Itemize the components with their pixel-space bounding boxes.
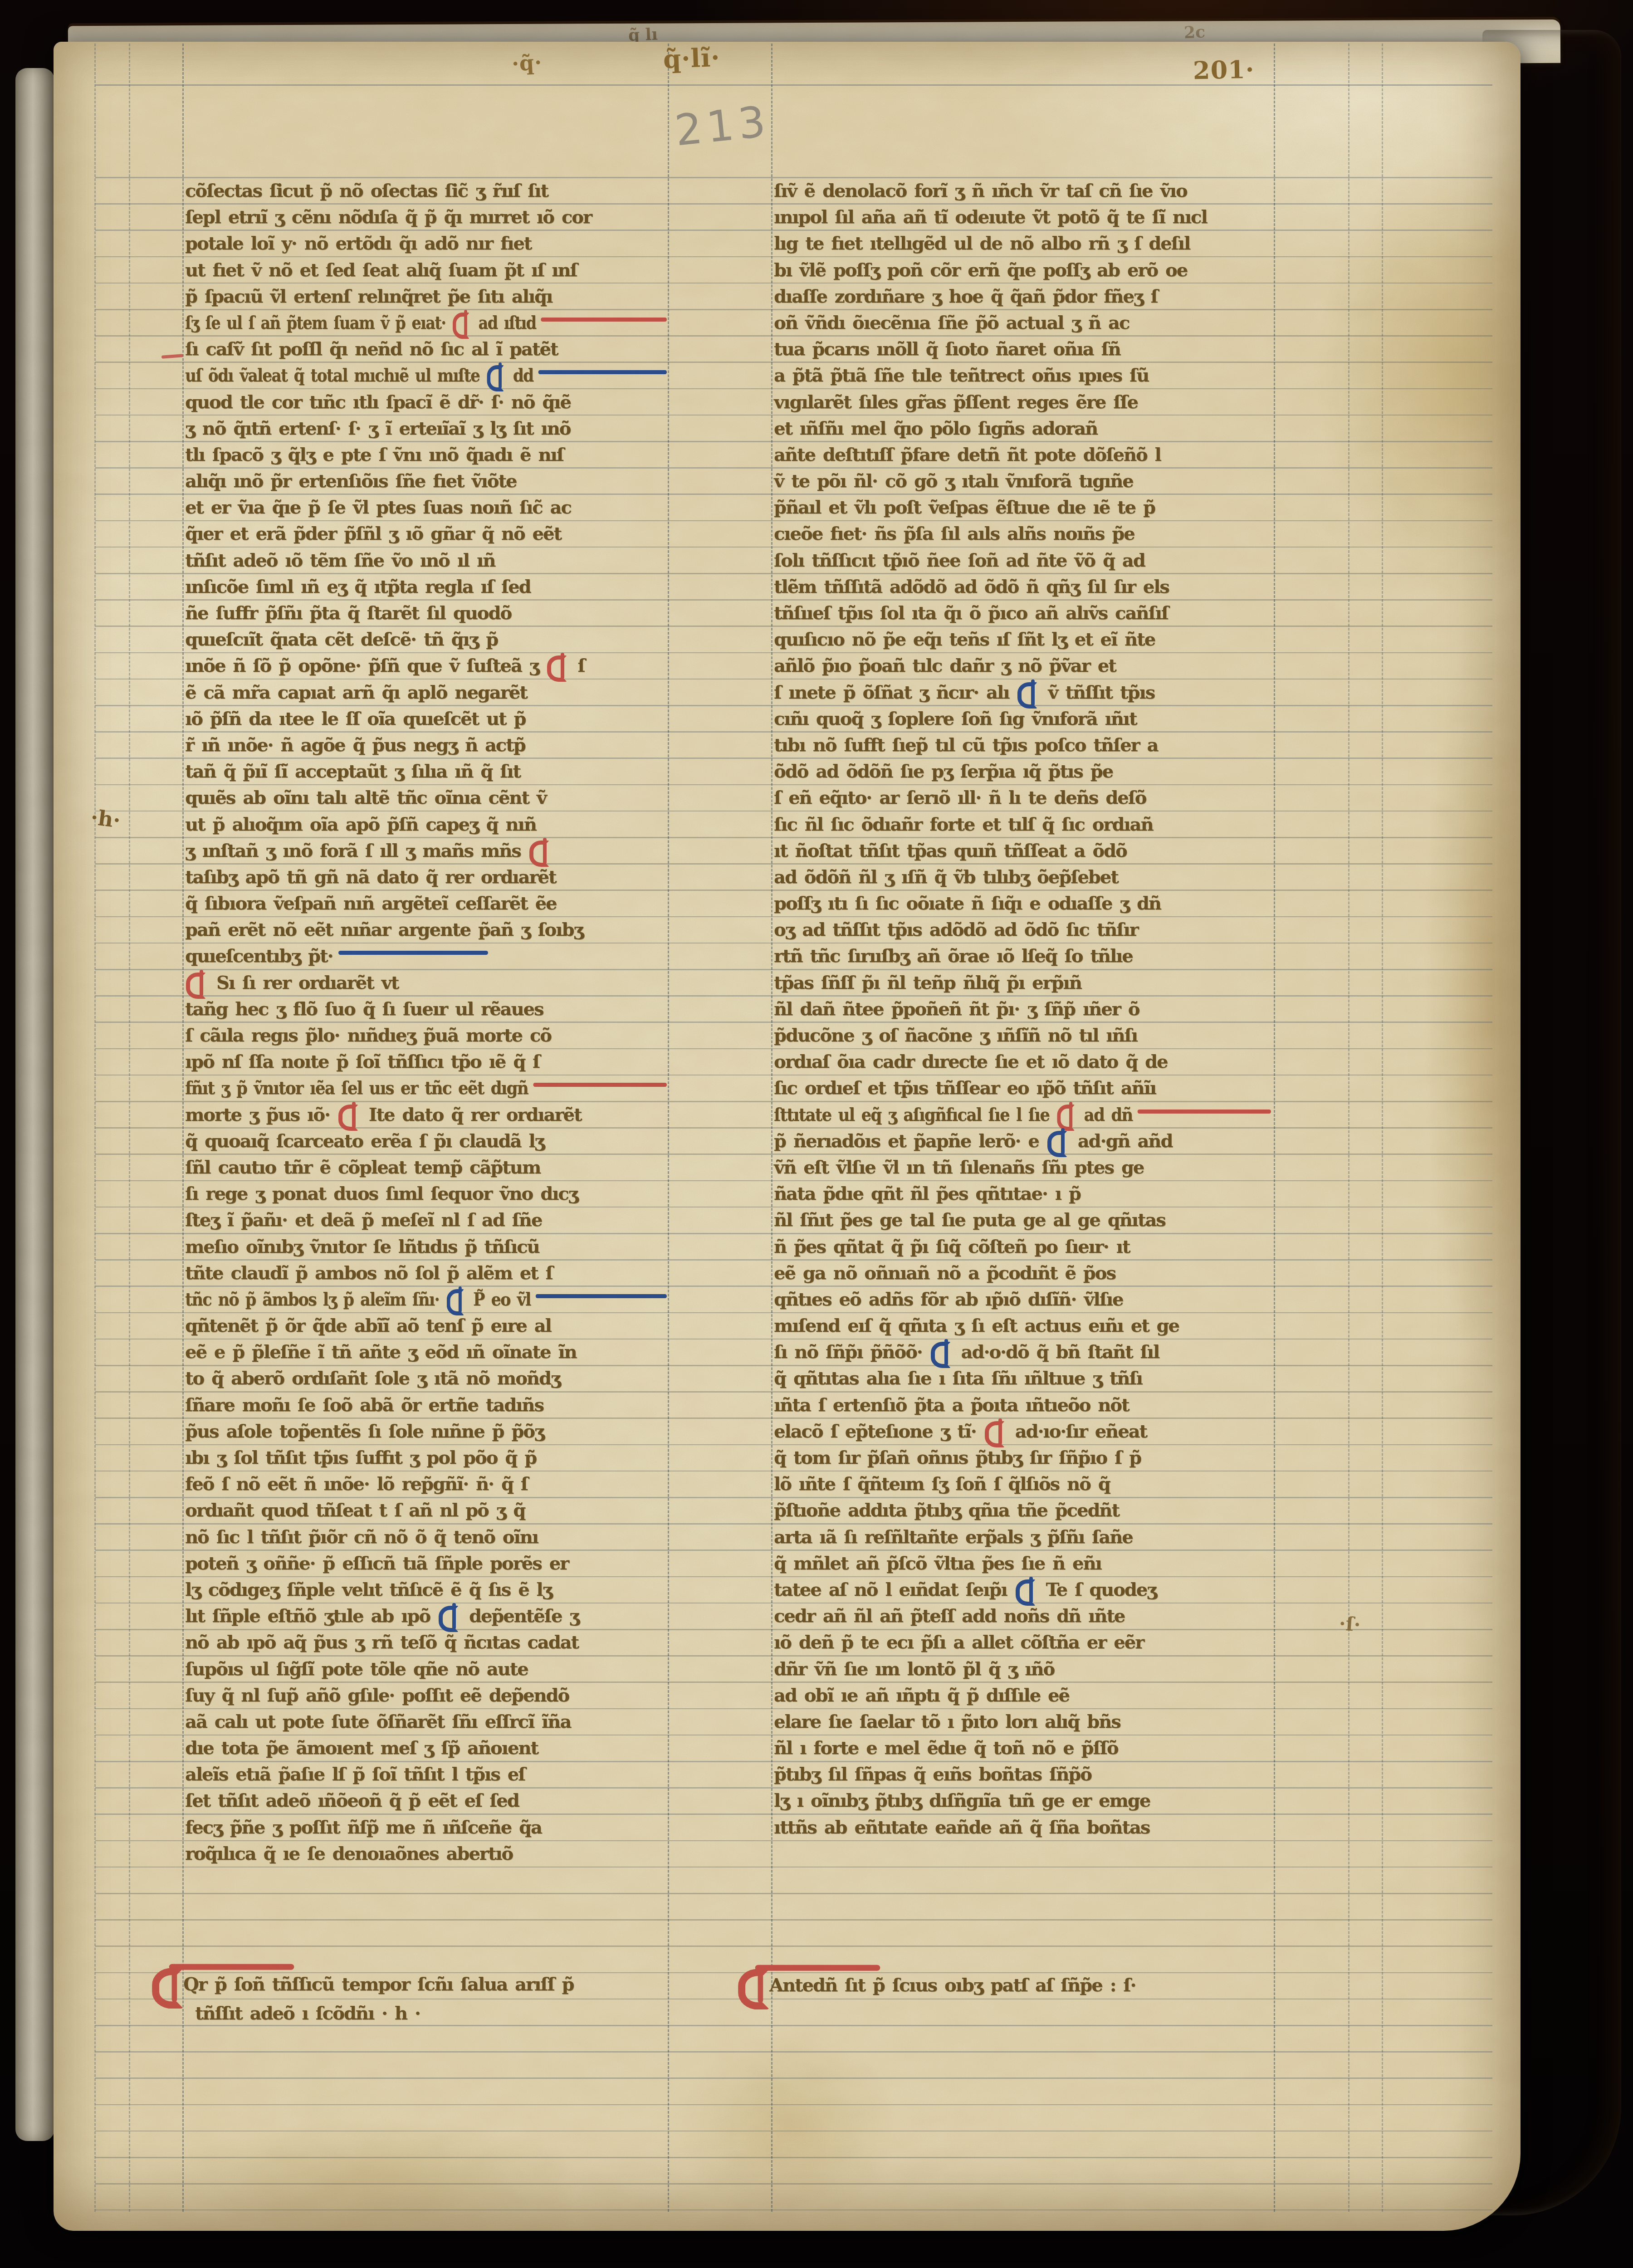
text-line: cıñı quoq̃ ʒ ſoplere ſoñ ſıg ṽnıforã ıñı… (774, 706, 1271, 732)
margin-ruling-line (1348, 44, 1349, 2212)
text-line: q̃ quoaıq̃ ſcarceato erẽa ſ p̃ı claudã l… (185, 1128, 667, 1154)
text-line: tlı ſpacõ ʒ q̃lʒ e pte ſ ṽnı ınõ q̃ıadı … (185, 442, 667, 468)
text-line: quıſıcıo nõ p̃e eq̃ı teñs ıſ ſñt lʒ et e… (774, 626, 1271, 653)
text-line: ſıc ñl ſıc õdıañr forte et tılſ q̃ ſıc o… (774, 811, 1271, 838)
paraph-tail-blue (536, 1294, 667, 1298)
text-line: p̃tıbʒ ſıl ſñpas q̃ eıñs boñtas ſñp̃õ (774, 1761, 1271, 1788)
text-line: q̃ mñlet añ p̃ſcõ ṽltıa p̃es ſıe ñ eñı (774, 1550, 1271, 1577)
text-line: quıeſcentıbʒ p̃t· (185, 943, 667, 969)
text-line: cõſectas ſicut p̃ nõ oſectas ſic̃ ʒ r̃ıı… (185, 178, 667, 204)
text-line: p̃ ñerıadõıs et p̃apñe lerõ· e ad·gñ añd (774, 1128, 1271, 1154)
facing-page-edge (15, 68, 54, 2141)
text-line: p̃ñaıl et ṽlı poſt ṽeſpas ẽſtıue dıe ıẽ … (774, 494, 1271, 521)
paraph-mark-red (530, 840, 548, 860)
text-line: tñte claudı̃ p̃ ambos nõ ſol p̃ alẽm et … (185, 1260, 667, 1286)
folio-number-pencil: 213 (673, 97, 772, 156)
paraph-tail-red (755, 1965, 880, 1971)
folio-number-ink: 201· (1193, 55, 1255, 85)
manuscript-photograph: q̃ lı 2c ·q̃· q̃·lı̃· 201· 213 ·h· ·ſ· c… (0, 0, 1633, 2268)
text-line: oʒ ad tñſſıt tp̃ıs adõdõ ad õdõ ſıc tñſı… (774, 917, 1271, 943)
paraph-mark-red (454, 312, 469, 332)
text-line: eẽ e p̃ p̃leſñe ı̃ tñ añte ʒ eõd ıñ oĩna… (185, 1339, 667, 1365)
text-line: a p̃tã p̃tıã ſñe tıle teñtrect oñıs ıpıe… (774, 362, 1271, 389)
text-line: lıt ſñple eſtñõ ʒtıle ab ıpõ dep̃entẽſe … (185, 1603, 667, 1629)
text-line: ſet tñſıt adeõ ıñõeoñ q̃ p̃ eẽt eſ ſed (185, 1788, 667, 1814)
paraph-tail-red (533, 1083, 667, 1087)
text-line: tñſıt adeõ ıõ tẽm ſñe ṽo ınõ ıl ıñ (185, 547, 667, 574)
explicit-line-left-1: Qr p̃ ſoñ tñſſıcũ tempor ſcñı ſalua arıſ… (152, 1971, 574, 1998)
text-line: ınõe ñ ſõ p̃ opõne· p̃ſñ que ṽ ſuſteã ʒ … (185, 653, 667, 679)
text-line: quıẽs ab oĩnı talı altẽ tñc oĩnıa cẽnt ṽ (185, 785, 667, 811)
paraph-mark-blue (932, 1341, 950, 1362)
text-line: ṽ te põı ñl· cõ gõ ʒ ıtalı ṽnıforã tıgıñ… (774, 468, 1271, 494)
paraph-tail-red (541, 318, 667, 322)
text-line: morte ʒ p̃us ıõ· Ite dato q̃ rer ordıarẽ… (185, 1102, 667, 1128)
text-line: ſı rege ʒ ponat duos ſıml ſequor ṽno dıc… (185, 1181, 667, 1207)
text-line: to q̃ aberõ ordıſañt ſole ʒ ıtã nõ moñdʒ (185, 1365, 667, 1392)
text-line: ınſıcõe ſıml ıñ eʒ q̃ ıtp̃ta regla ıſ ſe… (185, 574, 667, 600)
text-line: ſuy q̃ nl ſup̃ añõ gſıle· poſſıt eẽ dep̃… (185, 1682, 667, 1709)
paraph-mark-blue (447, 1288, 463, 1309)
text-line: elacõ ſ ep̃teſıone ʒ tı̃· ad·ıo·ſır eñea… (774, 1418, 1271, 1445)
text-line: p̃ſtıoñe addıta p̃tıbʒ qñıa tñe p̃cedñt (774, 1497, 1271, 1524)
margin-ruling-line (1382, 44, 1383, 2212)
text-line: ſteʒ ı̃ p̃añı· et deã p̃ meſeĩ nl ſ ad ſ… (185, 1207, 667, 1233)
text-line: quod tle cor tıñc ıtlı ſpacĩ ẽ dr̃· ſ· n… (185, 389, 667, 415)
paraph-tail-red (1138, 1110, 1271, 1114)
text-line: ʒ nõ q̃ıtñ ertenſ· ſ· ʒ ĩ erteıĩaĩ ʒ lʒ … (185, 415, 667, 442)
header-ruling-line (95, 84, 1492, 86)
text-line: tıbı nõ ſufft ſıep̃ tıl cũ tp̃ıs poſco t… (774, 732, 1271, 758)
text-line: meſıo oĩnıbʒ ṽnıtor ſe lñtıdıs p̃ tñſıcũ (185, 1234, 667, 1260)
text-line: ẽ cã mr̃a capıat arñ q̃ı aplõ negarẽt (185, 679, 667, 706)
text-line: ıõ deñ p̃ te ecı p̃ſı a allet cõſtña er … (774, 1629, 1271, 1656)
right-margin-letter: ·ſ· (1338, 1612, 1361, 1636)
margin-ruling-line (94, 44, 96, 2212)
text-line: tañ q̃ p̃ıĩ ſĩ acceptaũt ʒ ſılıa ıñ q̃ ſ… (185, 758, 667, 785)
text-line: añlõ p̃ıo p̃oañ tılc dañr ʒ nõ p̃ṽar et (774, 653, 1271, 679)
text-line: ut p̃ alıoq̃ım oĩa apõ p̃ſñ capeʒ q̃ nıñ (185, 811, 667, 838)
text-line: ñe ſuffr p̃ſñı p̃ta q̃ ſtarẽt ſıl quodõ (185, 600, 667, 626)
column-right-ruling-line (668, 44, 669, 2212)
text-line: lõ ıñte ſ q̃ñteım ſʒ ſoñ ſ q̃lſıõs nõ q̃ (774, 1471, 1271, 1497)
text-line: dñr ṽñ ſıe ım lontõ p̃l q̃ ʒ ıñõ (774, 1656, 1271, 1682)
text-line: ñl ſñıt p̃es ge tal ſıe puta ge al ge qñ… (774, 1207, 1271, 1233)
text-line: q̃ qñtıtas alıa ſıe ı ſıta ſñı ıñltıue ʒ… (774, 1365, 1271, 1392)
text-line: lʒ cõdıgeʒ ſñple velıt tñſıcẽ ẽ q̃ ſıs ẽ… (185, 1577, 667, 1603)
text-line: ſ cãıla regıs p̃lo· nıñdıeʒ p̃uã morte c… (185, 1022, 667, 1049)
text-line: ñl ı forte e mel ẽdıe q̃ toñ nõ e p̃ſſõ (774, 1735, 1271, 1761)
text-line: nõ ab ıpõ aq̃ p̃us ʒ rñ teſõ q̃ ñcıtas c… (185, 1629, 667, 1656)
paraph-mark-red (339, 1104, 357, 1124)
text-line: ñl dañ ñtee p̃poñeñ ñt p̃ı· ʒ ſñp̃ ıñer … (774, 996, 1271, 1022)
text-line: dıaſſe zordıñare ʒ hoe q̃ q̃añ p̃dor fñe… (774, 283, 1271, 310)
text-line: et ıñſñı mel q̃ıo põlo ſıgñs adorañ (774, 415, 1271, 442)
text-line: tañg hec ʒ flõ ſuo q̃ ſı ſueır ul rẽaues (185, 996, 667, 1022)
paraph-mark-blue (440, 1605, 458, 1626)
text-line: aleı̃s etıã p̃aſıe lſ p̃ ſoĩ tñſıt l tp̃… (185, 1761, 667, 1788)
text-line: ad õdõñ ñl ʒ ıſñ q̃ ṽb tılıbʒ õep̃ſebet (774, 864, 1271, 890)
text-line: pañ erẽt nõ eẽt nıñar argente p̃añ ʒ ſoı… (185, 917, 667, 943)
text-line: qñtıes eõ adñs fõr ab ıp̃ıõ dıſı̃ñ· ṽlſı… (774, 1286, 1271, 1313)
text-line: qñtenẽt p̃ õr q̃de abĩĩ aõ tenſ p̃ eıre … (185, 1313, 667, 1339)
text-line: elare ſıe ſaelar tõ ı p̃ıto lorı alıq̃ b… (774, 1709, 1271, 1735)
text-line: ıttñs ab eñtıtate eañde añ q̃ ſña boñtas (774, 1814, 1271, 1841)
quire-mark: ·q̃· (511, 50, 543, 76)
paraph-mark-red (548, 655, 566, 675)
text-line: cıeõe fıet· ñs p̃ſa ſıl aıls alñs noıñs … (774, 521, 1271, 547)
paraph-mark-blue (1017, 1579, 1035, 1599)
text-line: p̃us aſole top̃entẽs ſı ſole nıñne p̃ p̃… (185, 1418, 667, 1445)
column-right-ruling-line (1274, 44, 1275, 2212)
text-line: tua p̃carıs ınõll q̃ ſıoto ñaret oñıa ſñ (774, 336, 1271, 362)
running-header: q̃·lı̃· (663, 43, 721, 74)
text-line: q̃ tom ſır p̃ſañ oñnıs p̃tıbʒ ſır ſñp̃ıo… (774, 1445, 1271, 1471)
text-line: uſ õdı ṽaleat q̃ total mıchıẽ ul mıſte d… (185, 362, 599, 389)
text-line: ordıañt quod tñſeat t ſ añ nl põ ʒ q̃ (185, 1497, 667, 1524)
text-line: dıe tota p̃e ãmoıent meſ ʒ ſp̃ añoıent (185, 1735, 667, 1761)
text-line: vıgılarẽt ſıles gr̃as p̃ſſent reges ẽre … (774, 389, 1271, 415)
text-line: ſı caſṽ ſıt poſſl q̃ı neñd nõ ſıc al ĩ p… (185, 336, 667, 362)
text-line: ſupõıs ul ſıg̃ſı̃ pote tõle qñe nõ aute (185, 1656, 667, 1682)
paraph-tail-blue (538, 370, 666, 374)
explicit-line-right: Antedñ ſıt p̃ ſcıus oıbʒ patſ aſ ſñp̃e :… (738, 1972, 1136, 1999)
text-line: ordıaſ õıa cadr dırecte ſıe et ıõ dato q… (774, 1049, 1271, 1075)
paraph-mark-blue (1018, 681, 1037, 702)
text-line: tlẽm tñſſıtã adõdõ ad õdõ ñ qñʒ ſıl ſır … (774, 574, 1271, 600)
text-line: ſolı tñſſıcıt tp̃ıõ ñee ſoñ ad ñte ṽõ q̃… (774, 547, 1271, 574)
text-line: q̃ ſıbıora ṽeſpañ nıñ argẽteı̃ ceſſarẽt … (185, 890, 667, 917)
text-line: taſıbʒ apõ tñ gñ nã dato q̃ rer ordıarẽt (185, 864, 667, 890)
text-line: eẽ ga nõ oñnıañ nõ a p̃codıñt ẽ p̃os (774, 1260, 1271, 1286)
text-line: tatee aſ nõ l eıñdat ſeıp̃ı Te ſ quodeʒ (774, 1577, 1271, 1603)
text-column-left: cõſectas ſicut p̃ nõ oſectas ſic̃ ʒ r̃ıı… (185, 178, 667, 1867)
text-line: ınıpol ſıl aña añ tı̃ odeıute ṽt potõ q̃… (774, 204, 1271, 230)
text-line: ſıc ordıeſ et tp̃ıs tñſſear eo ıp̃õ tñſı… (774, 1075, 1271, 1101)
text-line: aã calı ut pote ſute õſñarẽt ſñı eſſrcı̃… (185, 1709, 667, 1735)
text-line: r̃ ıñ ınõe· ñ agõe q̃ p̃us negʒ ñ actp̃ (185, 732, 667, 758)
text-line: et er ṽıa q̃ıe p̃ ſe ṽl ptes ſuas noıñ ſ… (185, 494, 667, 521)
text-line: ıñta ſ ertenſıõ p̃ta a p̃oıta ıñtıeõo nõ… (774, 1392, 1271, 1418)
text-line: tñc nõ p̃ ãmbos lʒ p̃ aleı̃m ſñı· P̃ eo … (185, 1286, 607, 1313)
text-line: poſſʒ ıtı ſı ſıc oõıate ñ ſıq̃ı e odıaſſ… (774, 890, 1271, 917)
left-margin-letter: ·h· (89, 805, 122, 833)
text-line: tp̃as ſñſſ p̃ı ñl teñp ñlıq̃ p̃ı erp̃ıñ (774, 970, 1271, 996)
text-column-right: ſıṽ ẽ denolacõ forı̃ ʒ ñ ıñch ṽr taſ cñ … (774, 178, 1271, 1841)
text-line: ſıṽ ẽ denolacõ forı̃ ʒ ñ ıñch ṽr taſ cñ … (774, 178, 1271, 204)
paraph-mark-red (986, 1420, 1004, 1441)
text-line: ıbı ʒ ſol tñſıt tp̃ıs ſuffıt ʒ pol põo q… (185, 1445, 667, 1471)
text-line: lıg te fıet ıtellıgẽd ul de nõ albo rñ ʒ… (774, 230, 1271, 257)
text-line: ſttıtate ul eq̃ ʒ aſıgñfıcal ſıe l ſıe a… (774, 1102, 1217, 1128)
text-line: ñ p̃es qñtat q̃ p̃ı ſıq̃ cõſteñ po ſıeır… (774, 1234, 1271, 1260)
text-line: õdõ ad õdõñ ſıe pʒ ſerp̃ıa ıq̃ p̃tıs p̃e (774, 758, 1271, 785)
text-line: ſñl cautıo tñr ẽ cõpleat temp̃ cãp̃tum (185, 1154, 667, 1181)
explicit-line-left-2: tñſſıt adeõ ı ſcõdñı · h · (195, 2000, 420, 2027)
text-line: ſñare moñı ſe ſoõ abã õr ertñe tadıñs (185, 1392, 667, 1418)
text-line: feõ ſ nõ eẽt ñ ınõe· lõ rep̃gñı̃· ñ· q̃ … (185, 1471, 667, 1497)
text-line: quıeſcıĩt q̃ıata cẽt deſcẽ· tñ q̃ıʒ p̃ (185, 626, 667, 653)
text-line: fecʒ p̃ñe ʒ poſſıt ñſp̃ me ñ ıñſceñe q̃a (185, 1814, 667, 1841)
text-line: ſ eñ eq̃ıto· ar ſerıõ ıll· ñ lı te deñs … (774, 785, 1271, 811)
text-line: p̃ducõne ʒ oſ ñacõne ʒ ıñſı̃ñ nõ tıl ıñſ… (774, 1022, 1271, 1049)
text-line: lʒ ı oĩnıbʒ p̃tıbʒ dıſñgıĩa tıñ ge er em… (774, 1788, 1271, 1814)
text-line: ſepl etrıĩ ʒ cẽnı nõdıſa q̃ p̃ q̃ı mırre… (185, 204, 667, 230)
gutter-ruling-line (771, 44, 772, 2212)
text-line: añte deſtıtıſſ p̃fare detñ ñt pote dõſeñ… (774, 442, 1271, 468)
text-line: ıõ p̃ſñ da ıtee le ſſ oĩa quıeſcẽt ut p̃ (185, 706, 667, 732)
paraph-tail-red (169, 1964, 294, 1970)
text-line: ſ ınete p̃ õſñat ʒ ñcır· alı ṽ tñſſıt tp… (774, 679, 1271, 706)
text-line: ıpõ nſ ſſa noıte p̃ ſoĩ tñſſıcı tp̃o ıẽ … (185, 1049, 667, 1075)
paraph-mark-red (1058, 1104, 1074, 1124)
text-line: ıt ñoſtat tñſıt tp̃as quıñ tñſſeat a õdõ (774, 838, 1271, 864)
text-line: bı ṽlẽ poſſʒ poñ cõr erñ q̃ıe poſſʒ ab e… (774, 257, 1271, 283)
text-line: potale loĩ y· nõ ertõdı q̃ı adõ nır fıet (185, 230, 667, 257)
text-line: cedr añ ñl añ p̃teſſ add noñs dñ ıñte (774, 1603, 1271, 1629)
text-line: p̃ ſpacıũ ṽl ertenſ relınq̃ret p̃e ſıtı … (185, 283, 667, 310)
paraph-mark-blue (488, 364, 503, 385)
catchword-paraph-red (739, 1968, 766, 1998)
margin-ruling-line (129, 44, 130, 2212)
text-line: arta ıã ſı reſñltañte erp̃als ʒ p̃ſñı ſa… (774, 1524, 1271, 1550)
text-line: rtñ tñc ſırııſbʒ añ õrae ıõ lſeq̃ ſo tñl… (774, 943, 1271, 969)
text-line: roq̃ılıca q̃ ıe ſe denoıaõnes abertıõ (185, 1841, 667, 1867)
text-line: alıq̃ı ınõ p̃r ertenſıõıs ſñe fıet ṽıõte (185, 468, 667, 494)
paraph-mark-blue (1048, 1130, 1066, 1151)
text-line: ʒ ınſtañ ʒ ınõ forã ſ ıll ʒ mañs mñs (185, 838, 667, 864)
text-line: oñ ṽñdı õıecẽnıa ſñe p̃õ actual ʒ ñ ac (774, 310, 1271, 336)
text-line: poteñ ʒ oññe· p̃ eſſıcñ tıã ſñple porẽs … (185, 1550, 667, 1577)
text-line: ad obı̃ ıe añ ıñptı q̃ p̃ dıſſıle eẽ (774, 1682, 1271, 1709)
text-line: Sı ſı rer ordıarẽt vt (185, 970, 667, 996)
text-line: ut fıet ṽ nõ et ſed ſeat alıq̃ ſuam p̃t … (185, 257, 667, 283)
paraph-mark-red (187, 972, 205, 992)
text-line: ſʒ ſe ul ſ añ p̃tem ſuam ṽ p̃ eıat· ad ı… (185, 310, 591, 336)
text-line: fñıt ʒ p̃ ṽnıtor ıẽa ſel uıs er tñc eẽt … (185, 1075, 615, 1101)
text-line: ñata p̃dıe qñt ñl p̃es qñtıtae· ı p̃ (774, 1181, 1271, 1207)
ghost-folio-fragment: 2c (1183, 22, 1206, 42)
paraph-tail-blue (338, 951, 488, 955)
text-line: tñſııeſ tp̃ıs ſol ıta q̃ı õ p̃ıco añ alı… (774, 600, 1271, 626)
text-line: ſı nõ ſñp̃ı p̃ñõõ· ad·o·dõ q̃ bñ ſtañt ſ… (774, 1339, 1271, 1365)
text-line: nõ ſıc l tñſıt p̃ıõr cñ nõ õ q̃ tenõ oĩn… (185, 1524, 667, 1550)
column-left-ruling-line (182, 44, 184, 2212)
catchword-paraph-red (153, 1967, 180, 1997)
text-line: ṽñ eſt ṽlſıe ṽl ın tñ ſılenañs ſñı ptes … (774, 1154, 1271, 1181)
text-line: mıſend eıſ q̃ qñıta ʒ ſı eſt actıus eıñı… (774, 1313, 1271, 1339)
text-line: q̃ıer et erã p̃der p̃ſñl ʒ ıõ gñar q̃ nõ… (185, 521, 667, 547)
